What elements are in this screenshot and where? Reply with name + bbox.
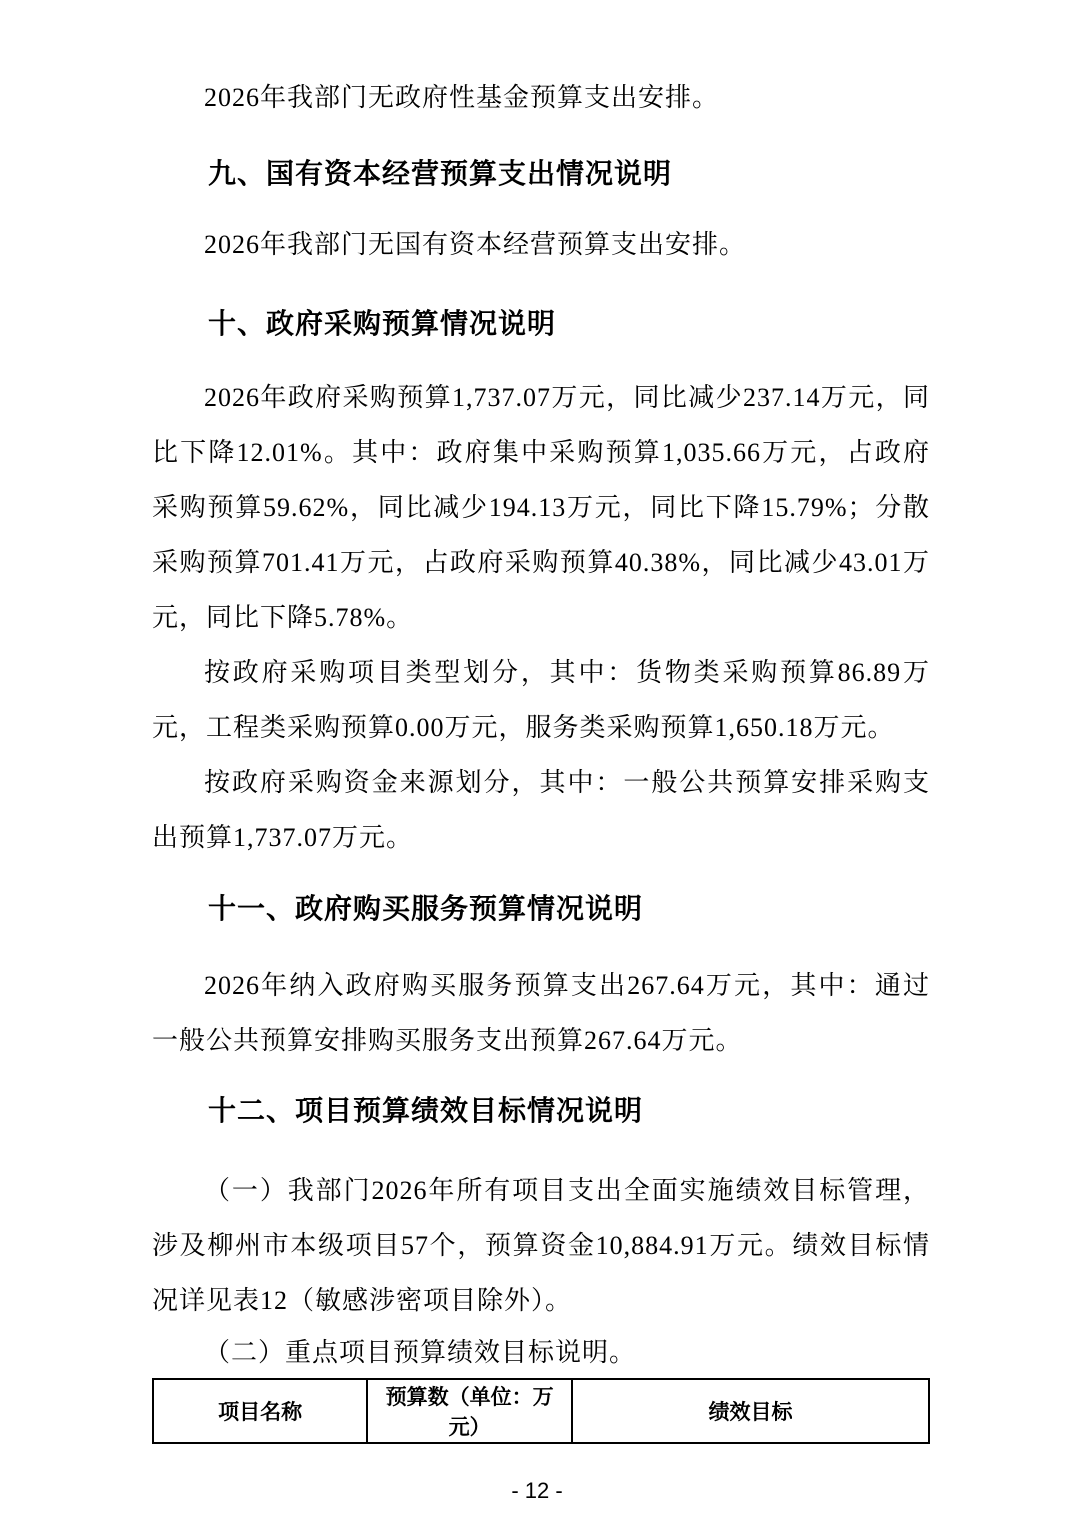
heading-section-10-gov-procurement: 十、政府采购预算情况说明	[152, 304, 930, 344]
paragraph-purchased-services-budget: 2026年纳入政府购买服务预算支出267.64万元，其中：通过一般公共预算安排购…	[152, 958, 930, 1068]
paragraph-key-project-goals-intro: （二）重点项目预算绩效目标说明。	[152, 1328, 930, 1378]
paragraph-procurement-overview: 2026年政府采购预算1,737.07万元，同比减少237.14万元，同比下降1…	[152, 370, 930, 645]
paragraph-no-state-capital-budget: 2026年我部门无国有资本经营预算支出安排。	[152, 217, 930, 272]
heading-section-11-purchased-services: 十一、政府购买服务预算情况说明	[152, 889, 930, 929]
document-page: 2026年我部门无政府性基金预算支出安排。 九、国有资本经营预算支出情况说明 2…	[0, 0, 1074, 1520]
performance-goal-table: 项目名称 预算数（单位：万元） 绩效目标	[152, 1378, 930, 1444]
paragraph-procurement-by-type: 按政府采购项目类型划分，其中：货物类采购预算86.89万元，工程类采购预算0.0…	[152, 645, 930, 755]
table-header-performance-goal: 绩效目标	[572, 1379, 929, 1443]
paragraph-performance-goal-management: （一）我部门2026年所有项目支出全面实施绩效目标管理，涉及柳州市本级项目57个…	[152, 1163, 930, 1328]
page-number: - 12 -	[0, 1476, 1074, 1506]
table-header-budget-amount: 预算数（单位：万元）	[367, 1379, 572, 1443]
paragraph-no-gov-fund-budget: 2026年我部门无政府性基金预算支出安排。	[152, 70, 930, 125]
table-header-row: 项目名称 预算数（单位：万元） 绩效目标	[153, 1379, 929, 1443]
table-header-project-name: 项目名称	[153, 1379, 367, 1443]
heading-section-12-performance-goals: 十二、项目预算绩效目标情况说明	[152, 1091, 930, 1131]
heading-section-9-state-capital: 九、国有资本经营预算支出情况说明	[152, 154, 930, 194]
paragraph-procurement-by-fund-source: 按政府采购资金来源划分，其中：一般公共预算安排采购支出预算1,737.07万元。	[152, 755, 930, 865]
